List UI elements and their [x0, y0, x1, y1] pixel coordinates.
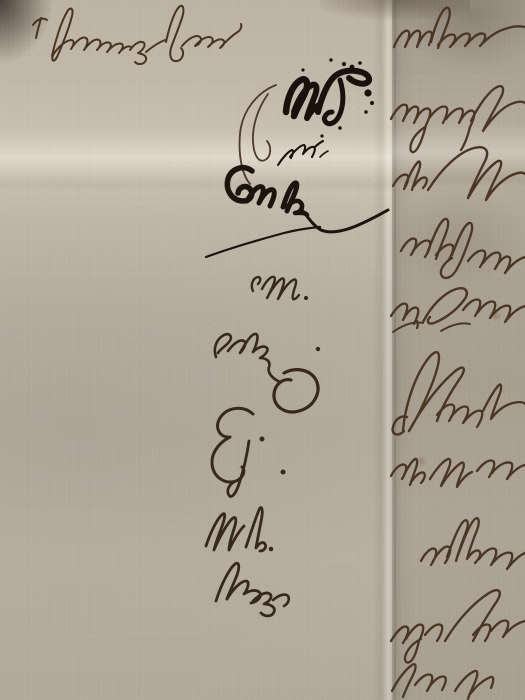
bold-paraph [286, 59, 374, 130]
signature-ej [212, 408, 285, 496]
signature-cw [252, 277, 308, 300]
initials-mb [206, 168, 388, 257]
handwriting-layer [0, 0, 525, 700]
signature-bz [216, 563, 289, 616]
signature-wb [206, 508, 273, 551]
right-text-line-4 [401, 219, 525, 278]
right-text-line-6 [393, 352, 525, 434]
right-text-line-2 [391, 86, 525, 152]
right-text-line-9 [391, 590, 525, 662]
right-text-line-1 [394, 8, 525, 48]
right-text-line-8 [421, 518, 525, 569]
header-script [33, 6, 241, 64]
small-initials-script [278, 135, 328, 165]
right-text-line-5 [391, 288, 525, 332]
right-text-line-3 [393, 147, 525, 200]
signature-selz [215, 334, 320, 412]
right-text-line-10 [392, 664, 493, 699]
right-text-line-7 [391, 459, 525, 487]
manuscript-photo [0, 0, 525, 700]
